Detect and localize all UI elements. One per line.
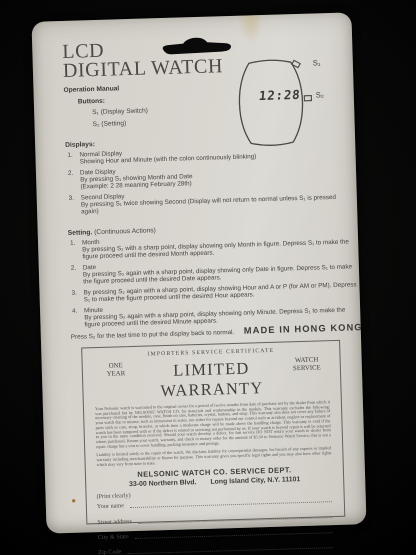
button-s1-description: S₁ (Display Switch) [92, 108, 148, 118]
operation-manual-label: Operation Manual [63, 84, 147, 94]
item-number: 2. [68, 169, 81, 191]
watch-lcd-display: 12:28 [251, 87, 308, 104]
address-city: Long Island City, N.Y. 11101 [210, 477, 300, 487]
form-label-zip: Zip Code [98, 549, 121, 555]
form-blank-line [127, 541, 333, 555]
warranty-liability-text: Liability is limited solely to the repai… [96, 446, 331, 467]
setting-heading-rest: (Continuous Actions) [92, 227, 156, 236]
form-label-name: Your name [97, 503, 124, 511]
displays-section: Displays: 1. Normal Display Showing Hour… [65, 133, 353, 219]
watch-s2-label: S₂ [316, 90, 324, 99]
form-blank-line [135, 526, 333, 540]
title-line2: DIGITAL WATCH [63, 57, 224, 81]
item-number: 2. [71, 264, 84, 286]
form-label-street: Street address [97, 519, 132, 527]
item-number: 1. [70, 239, 83, 261]
item-text: Second Display By pressing S₁ twice show… [81, 186, 354, 216]
form-row-zip: Zip Code [98, 541, 335, 555]
operation-manual-block: Operation Manual Buttons: S₁ (Display Sw… [63, 84, 148, 133]
display-item-3: 3. Second Display By pressing S₁ twice s… [69, 186, 354, 216]
form-row-city-state: City & State [98, 526, 335, 542]
paper-stain [237, 15, 260, 46]
buttons-heading: Buttons: [78, 96, 148, 106]
warranty-header: ONE YEAR LIMITED WARRANTY WATCH SERVICE [93, 353, 331, 403]
item-number: 3. [69, 194, 82, 216]
packaging-card: LCD DIGITAL WATCH 12:28 S₁ S₂ Operation … [31, 12, 366, 533]
address-street: 33-00 Northern Blvd. [129, 480, 197, 489]
reset-note: Press S₂ for the last time to put the di… [71, 329, 235, 341]
form-label-city-state: City & State [98, 534, 129, 542]
setting-heading-bold: Setting. [68, 229, 93, 237]
item-number: 4. [72, 307, 85, 329]
made-in-label: MADE IN HONG KONG [244, 322, 363, 336]
form-blank-line [138, 511, 333, 525]
warranty-certificate: IMPORTERS SERVICE CERTIFICATE ONE YEAR L… [81, 340, 345, 525]
one-year-badge: ONE YEAR [93, 359, 140, 379]
photo-background: LCD DIGITAL WATCH 12:28 S₁ S₂ Operation … [0, 0, 416, 555]
paper-speck [72, 499, 76, 503]
form-row-street: Street address [97, 511, 334, 527]
watch-s1-label: S₁ [313, 58, 321, 67]
warranty-body-text: Your Nelsonic watch is warranted to the … [95, 400, 331, 449]
product-title: LCD DIGITAL WATCH [62, 38, 223, 81]
warranty-title: LIMITED WARRANTY [139, 358, 285, 402]
watch-service-badge: WATCH SERVICE [283, 353, 330, 373]
button-s2-description: S₂ (Setting) [92, 119, 148, 129]
item-number: 1. [67, 151, 79, 166]
item-number: 3. [71, 289, 83, 304]
setting-section: Setting. (Continuous Actions) 1. Month B… [68, 221, 361, 332]
